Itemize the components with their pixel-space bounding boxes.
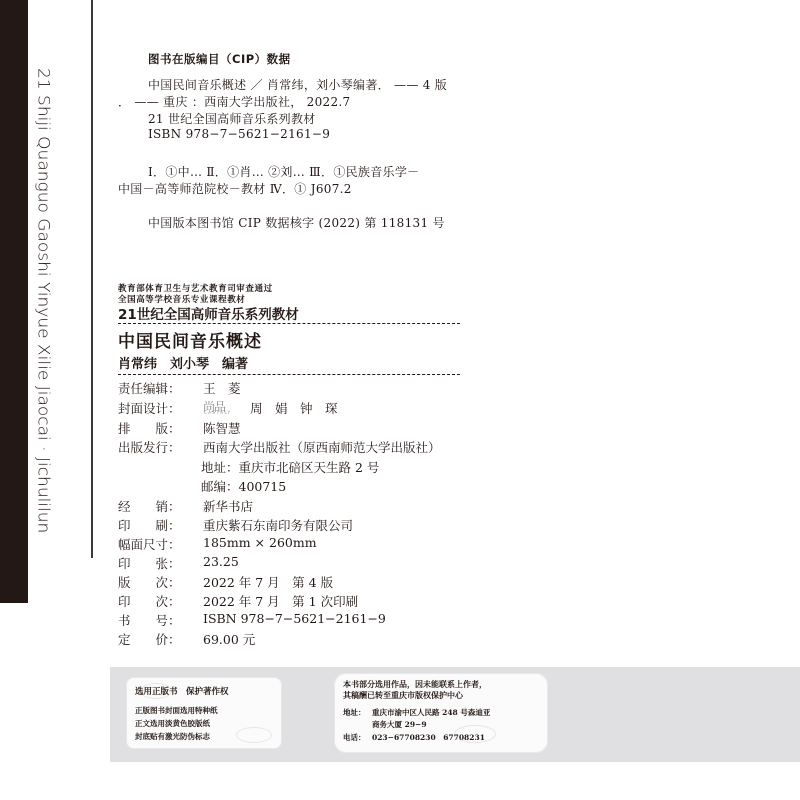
cip-line-classification-2: 中国－高等师范院校－教材 Ⅳ．① J607.2 — [118, 180, 352, 197]
anti-piracy-line: 封底贴有激光防伪标志 — [135, 731, 210, 742]
credit-label: 出版发行： — [118, 438, 203, 458]
anti-piracy-panel: 选用正版书 保护著作权 正版图书封面选用特种纸 正文选用淡黄色胶版纸 封底贴有激… — [126, 677, 282, 749]
credit-label: 经 销： — [118, 497, 203, 517]
credit-value: 2022 年 7 月 第 1 次印刷 — [203, 592, 358, 612]
book-title: 中国民间音乐概述 — [118, 327, 262, 352]
credit-price: 定 价： 69.00 元 — [118, 630, 255, 650]
credit-printing: 印 次： 2022 年 7 月 第 1 次印刷 — [118, 592, 358, 612]
spine-dark-strip — [0, 0, 28, 603]
credit-value: 185mm × 260mm — [203, 535, 317, 555]
copyright-address-label: 地址： — [343, 707, 366, 718]
decorative-swirl — [236, 727, 272, 743]
cip-heading: 图书在版编目（CIP）数据 — [148, 51, 291, 67]
spine-pinyin-title: 21 Shiji Quanguo Gaoshi Yinyue Xilie Jia… — [34, 68, 52, 568]
credit-label: 书 号： — [118, 611, 203, 631]
credit-value: 2022 年 7 月 第 4 版 — [203, 573, 333, 593]
credit-label: 定 价： — [118, 630, 203, 650]
publisher-address: 地址：重庆市北碚区天生路 2 号 — [201, 458, 379, 476]
credit-value: 69.00 元 — [203, 630, 255, 650]
credit-label: 印 次： — [118, 592, 203, 612]
credit-publisher: 出版发行： 西南大学出版社（原西南师范大学出版社） — [118, 438, 441, 458]
dashed-divider-bottom — [118, 374, 460, 375]
credit-label: 印 刷： — [118, 516, 203, 536]
cip-line-series: 21 世纪全国高师音乐系列教材 — [148, 110, 316, 127]
credit-value: 西南大学出版社（原西南师范大学出版社） — [203, 438, 441, 458]
credit-value: 重庆紫石东南印务有限公司 — [203, 516, 353, 536]
credit-label: 封面设计： — [118, 399, 203, 419]
copyright-notice-panel: 本书部分选用作品，因未能联系上作者， 其稿酬已转至重庆市版权保护中心 地址： 重… — [334, 673, 548, 753]
credit-printer: 印 刷： 重庆紫石东南印务有限公司 — [118, 516, 353, 536]
credit-format: 幅面尺寸： 185mm × 260mm — [118, 535, 317, 555]
credit-label: 排 版： — [118, 419, 203, 439]
margin-rule — [91, 0, 93, 558]
credit-label: 幅面尺寸： — [118, 535, 203, 555]
credit-value: 王 菱 — [203, 379, 241, 399]
cip-line-record-number: 中国版本图书馆 CIP 数据核字 (2022) 第 118131 号 — [148, 214, 445, 231]
credit-isbn: 书 号： ISBN 978−7−5621−2161−9 — [118, 611, 386, 631]
cip-line-title: 中国民间音乐概述 ／ 肖常纬，刘小琴编著． —— 4 版 — [148, 76, 447, 93]
credit-distributor: 经 销： 新华书店 — [118, 497, 253, 517]
credit-label: 印 张： — [118, 554, 203, 574]
credit-value: ISBN 978−7−5621−2161−9 — [203, 611, 386, 631]
credit-typesetting: 排 版： 陈智慧 — [118, 419, 241, 439]
credit-cover-design: 封面设计： 尚品 CASTALY 周 娟 钟 琛 — [118, 399, 338, 419]
book-authors: 肖常纬 刘小琴 编著 — [118, 353, 248, 372]
dashed-divider-top — [118, 323, 460, 324]
credit-value: 23.25 — [203, 554, 239, 574]
credit-edition: 版 次： 2022 年 7 月 第 4 版 — [118, 573, 333, 593]
credit-value: 周 娟 钟 琛 — [250, 399, 338, 419]
credit-label: 版 次： — [118, 573, 203, 593]
cip-line-isbn: ISBN 978−7−5621−2161−9 — [148, 127, 330, 141]
design-studio-logo: 尚品 CASTALY — [203, 399, 248, 413]
credit-value: 陈智慧 — [203, 419, 241, 439]
credit-value: 新华书店 — [203, 497, 253, 517]
copyright-notice-line: 其稿酬已转至重庆市版权保护中心 — [343, 690, 463, 701]
copyright-phone: 023−67708230 67708231 — [372, 732, 485, 743]
copyright-notice-line: 本书部分选用作品，因未能联系上作者， — [343, 679, 487, 690]
anti-piracy-line: 正版图书封面选用特种纸 — [135, 705, 218, 716]
copyright-phone-label: 电话： — [343, 732, 366, 743]
anti-piracy-line: 正文选用淡黄色胶版纸 — [135, 718, 210, 729]
series-name: 21世纪全国高师音乐系列教材 — [118, 303, 299, 323]
credit-editor: 责任编辑： 王 菱 — [118, 379, 241, 399]
publisher-postcode: 邮编：400715 — [201, 477, 286, 495]
cip-line-classification-1: Ⅰ．①中… Ⅱ．①肖… ②刘… Ⅲ．①民族音乐学－ — [148, 163, 419, 180]
anti-piracy-heading: 选用正版书 保护著作权 — [135, 685, 229, 697]
copyright-address-line-1: 重庆市渝中区人民路 248 号森迪亚 — [372, 707, 490, 718]
logo-subtext: CASTALY — [204, 410, 232, 415]
credit-label: 责任编辑： — [118, 379, 203, 399]
credit-sheets: 印 张： 23.25 — [118, 554, 239, 574]
cip-line-publisher: ． —— 重庆 ：西南大学出版社， 2022.7 — [118, 93, 350, 110]
copyright-address-line-2: 商务大厦 29−9 — [372, 719, 427, 730]
